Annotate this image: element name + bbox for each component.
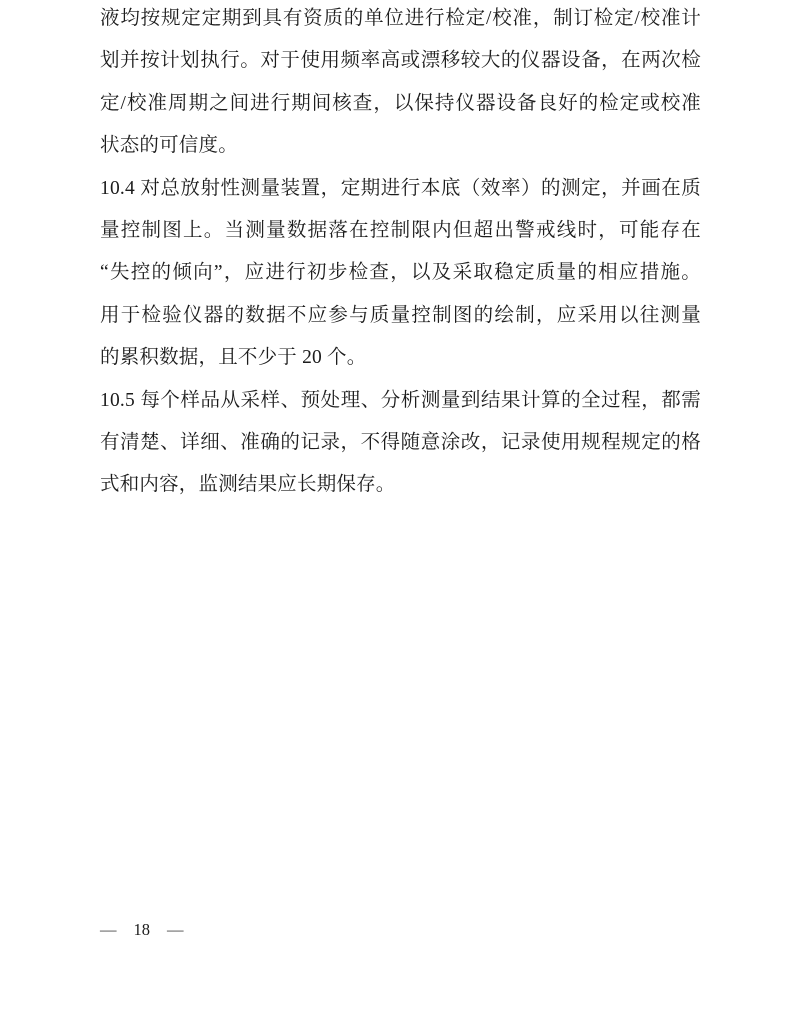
page-number: 18 xyxy=(134,920,151,940)
text-line: 10.5 每个样品从采样、预处理、分析测量到结果计算的全过程，都需 xyxy=(100,380,701,422)
text-line: 式和内容，监测结果应长期保存。 xyxy=(100,464,701,506)
text-line: 的累积数据，且不少于 20 个。 xyxy=(100,337,701,379)
text-line: 10.4 对总放射性测量装置，定期进行本底（效率）的测定，并画在质 xyxy=(100,168,701,210)
paragraph-section-10-4: 10.4 对总放射性测量装置，定期进行本底（效率）的测定，并画在质 量控制图上。… xyxy=(100,168,701,380)
text-line: 液均按规定定期到具有资质的单位进行检定/校准，制订检定/校准计 xyxy=(100,0,701,40)
document-page: 液均按规定定期到具有资质的单位进行检定/校准，制订检定/校准计 划并按计划执行。… xyxy=(0,0,800,1013)
footer-left-dash: — xyxy=(100,920,117,940)
page-footer: — 18 — xyxy=(100,920,184,940)
footer-right-dash: — xyxy=(167,920,184,940)
text-line: 划并按计划执行。对于使用频率高或漂移较大的仪器设备，在两次检 xyxy=(100,40,701,82)
paragraph-continuation: 液均按规定定期到具有资质的单位进行检定/校准，制订检定/校准计 划并按计划执行。… xyxy=(100,0,701,168)
text-line: 量控制图上。当测量数据落在控制限内但超出警戒线时，可能存在 xyxy=(100,210,701,252)
text-line: 状态的可信度。 xyxy=(100,125,701,167)
text-line: 用于检验仪器的数据不应参与质量控制图的绘制，应采用以往测量 xyxy=(100,295,701,337)
text-block: 液均按规定定期到具有资质的单位进行检定/校准，制订检定/校准计 划并按计划执行。… xyxy=(100,0,701,507)
paragraph-section-10-5: 10.5 每个样品从采样、预处理、分析测量到结果计算的全过程，都需 有清楚、详细… xyxy=(100,380,701,507)
text-line: “失控的倾向”，应进行初步检查，以及采取稳定质量的相应措施。 xyxy=(100,252,701,294)
text-line: 定/校准周期之间进行期间核查，以保持仪器设备良好的检定或校准 xyxy=(100,83,701,125)
text-line: 有清楚、详细、准确的记录，不得随意涂改，记录使用规程规定的格 xyxy=(100,422,701,464)
